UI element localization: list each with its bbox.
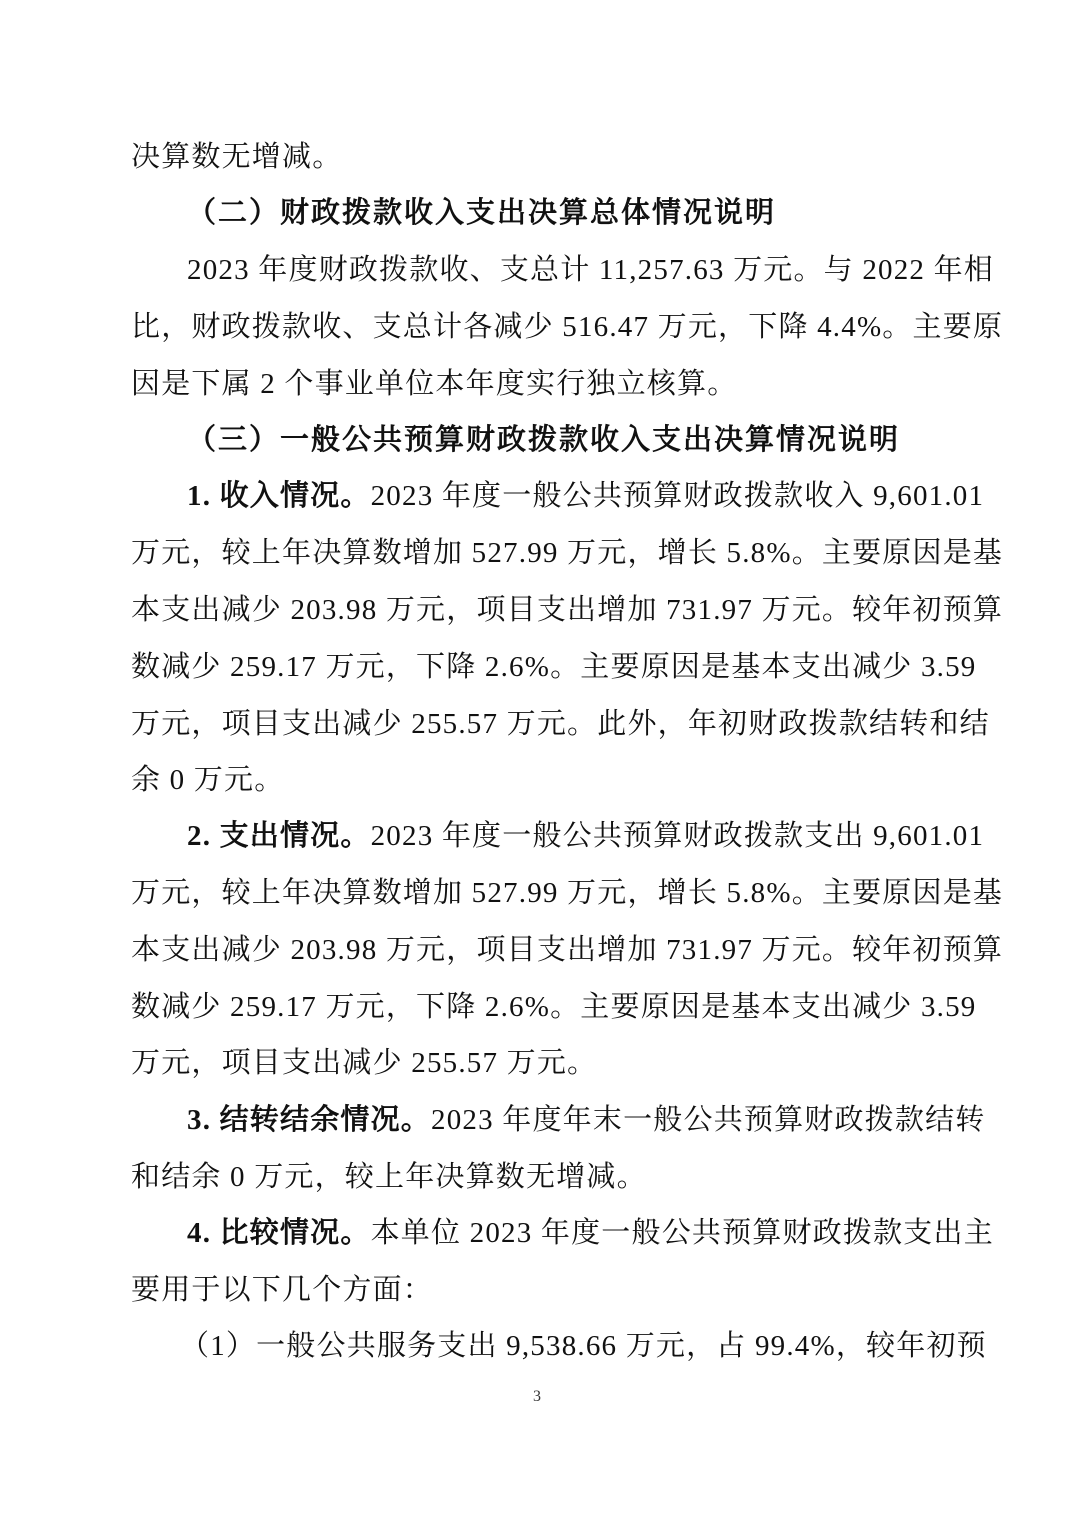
paragraph-line: 比，财政拨款收、支总计各减少 516.47 万元，下降 4.4%。主要原 (131, 307, 946, 347)
section-heading-2: （二）财政拨款收入支出决算总体情况说明 (187, 193, 946, 233)
subheading-expense: 2. 支出情况。 (187, 820, 371, 852)
paragraph-line: 1. 收入情况。2023 年度一般公共预算财政拨款收入 9,601.01 (187, 476, 946, 516)
paragraph-line: 4. 比较情况。本单位 2023 年度一般公共预算财政拨款支出主 (187, 1213, 946, 1253)
subheading-income: 1. 收入情况。 (187, 480, 371, 512)
subheading-compare: 4. 比较情况。 (187, 1217, 371, 1249)
paragraph-line: （1）一般公共服务支出 9,538.66 万元，占 99.4%，较年初预 (180, 1326, 946, 1366)
paragraph-line: 余 0 万元。 (131, 760, 946, 800)
section-heading-3: （三）一般公共预算财政拨款收入支出决算情况说明 (187, 420, 946, 460)
paragraph-line: 万元，项目支出减少 255.57 万元。 (131, 1043, 946, 1083)
paragraph-line: 要用于以下几个方面： (131, 1270, 946, 1310)
page-number: 3 (0, 1388, 1074, 1406)
paragraph-line: 数减少 259.17 万元，下降 2.6%。主要原因是基本支出减少 3.59 (131, 647, 946, 687)
paragraph-line: 决算数无增减。 (131, 137, 946, 177)
paragraph-line: 万元，较上年决算数增加 527.99 万元，增长 5.8%。主要原因是基 (131, 533, 946, 573)
paragraph-line: 万元，较上年决算数增加 527.99 万元，增长 5.8%。主要原因是基 (131, 873, 946, 913)
paragraph-line: 因是下属 2 个事业单位本年度实行独立核算。 (131, 364, 946, 404)
paragraph-line: 2023 年度财政拨款收、支总计 11,257.63 万元。与 2022 年相 (187, 250, 946, 290)
paragraph-line: 本支出减少 203.98 万元，项目支出增加 731.97 万元。较年初预算 (131, 930, 946, 970)
subheading-carryover: 3. 结转结余情况。 (187, 1104, 431, 1136)
paragraph-line: 和结余 0 万元，较上年决算数无增减。 (131, 1157, 946, 1197)
paragraph-line: 3. 结转结余情况。2023 年度年末一般公共预算财政拨款结转 (187, 1100, 946, 1140)
paragraph-line: 2. 支出情况。2023 年度一般公共预算财政拨款支出 9,601.01 (187, 816, 946, 856)
paragraph-line: 本支出减少 203.98 万元，项目支出增加 731.97 万元。较年初预算 (131, 590, 946, 630)
paragraph-line: 数减少 259.17 万元，下降 2.6%。主要原因是基本支出减少 3.59 (131, 987, 946, 1027)
paragraph-line: 万元，项目支出减少 255.57 万元。此外，年初财政拨款结转和结 (131, 704, 946, 744)
